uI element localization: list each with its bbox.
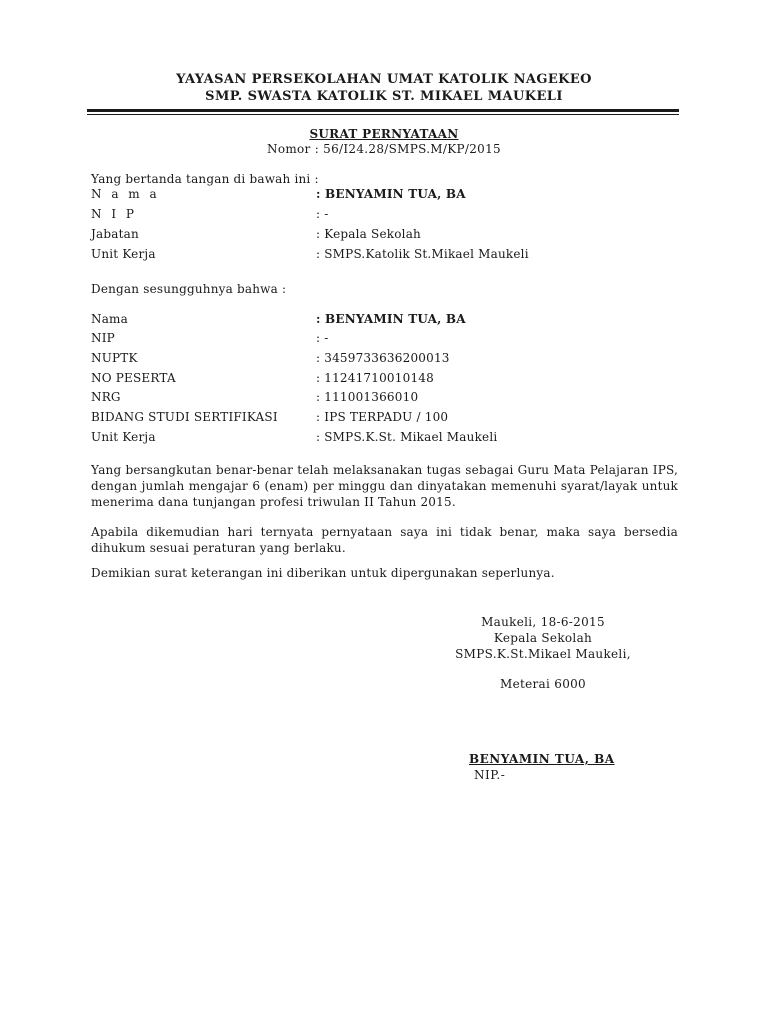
signer-position-label: Jabatan <box>91 227 139 241</box>
subject-nrg-value: : 111001366010 <box>316 390 418 404</box>
subject-nuptk-label: NUPTK <box>91 351 138 365</box>
stamp-placeholder: Meterai 6000 <box>430 677 656 691</box>
document-page: YAYASAN PERSEKOLAHAN UMAT KATOLIK NAGEKE… <box>0 0 768 1024</box>
subject-unit-value: : SMPS.K.St. Mikael Maukeli <box>316 430 497 444</box>
letterhead-foundation: YAYASAN PERSEKOLAHAN UMAT KATOLIK NAGEKE… <box>90 72 678 87</box>
signature-position: Kepala Sekolah <box>430 631 656 645</box>
signer-unit-value: : SMPS.Katolik St.Mikael Maukeli <box>316 247 529 261</box>
signer-intro: Yang bertanda tangan di bawah ini : <box>91 172 319 186</box>
statement-paragraph: Yang bersangkutan benar-benar telah mela… <box>91 462 678 510</box>
subject-intro: Dengan sesungguhnya bahwa : <box>91 282 286 296</box>
signer-nip-label: N I P <box>91 207 137 221</box>
signature-nip: NIP.- <box>474 768 505 782</box>
signature-place-date: Maukeli, 18-6-2015 <box>430 615 656 629</box>
letterhead-school: SMP. SWASTA KATOLIK ST. MIKAEL MAUKELI <box>90 89 678 104</box>
subject-field-value: : IPS TERPADU / 100 <box>316 410 448 424</box>
document-title: SURAT PERNYATAAN <box>90 127 678 141</box>
letterhead-rule-thick <box>87 109 679 112</box>
signature-name: BENYAMIN TUA, BA <box>469 752 615 766</box>
signer-position-value: : Kepala Sekolah <box>316 227 421 241</box>
letterhead-rule-thin <box>87 114 679 115</box>
signature-institution: SMPS.K.St.Mikael Maukeli, <box>430 647 656 661</box>
subject-participant-no-value: : 11241710010148 <box>316 371 434 385</box>
subject-field-label: BIDANG STUDI SERTIFIKASI <box>91 410 278 424</box>
subject-nrg-label: NRG <box>91 390 121 404</box>
subject-nip-value: : - <box>316 331 329 345</box>
subject-name-label: Nama <box>91 312 128 326</box>
signer-unit-label: Unit Kerja <box>91 247 156 261</box>
subject-name-value: : BENYAMIN TUA, BA <box>316 312 466 326</box>
subject-nuptk-value: : 3459733636200013 <box>316 351 450 365</box>
subject-nip-label: NIP <box>91 331 115 345</box>
signer-nip-value: : - <box>316 207 329 221</box>
closing-paragraph: Demikian surat keterangan ini diberikan … <box>91 565 678 581</box>
signer-name-label: N a m a <box>91 187 160 201</box>
liability-paragraph: Apabila dikemudian hari ternyata pernyat… <box>91 524 678 556</box>
subject-participant-no-label: NO PESERTA <box>91 371 176 385</box>
document-number: Nomor : 56/I24.28/SMPS.M/KP/2015 <box>90 142 678 156</box>
signer-name-value: : BENYAMIN TUA, BA <box>316 187 466 201</box>
subject-unit-label: Unit Kerja <box>91 430 156 444</box>
